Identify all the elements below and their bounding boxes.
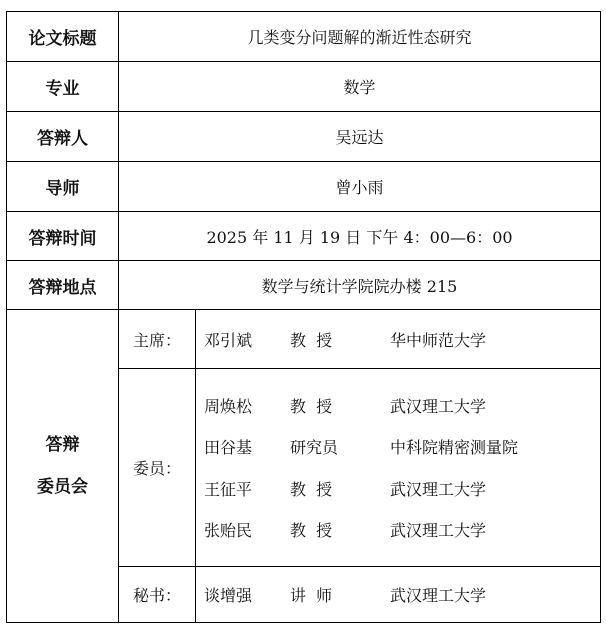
members-role: 委员： <box>119 369 196 566</box>
defense-info-table: 论文标题 几类变分问题解的渐近性态研究 专业 数学 答辩人 吴远达 导师 曾小雨… <box>6 11 601 623</box>
committee-section: 答辩 委员会 主席： 邓引斌 教 授 华中师范大学 委员： 周焕松 教 授 武汉… <box>7 310 600 622</box>
member-name: 邓引斌 <box>204 328 290 351</box>
member-row: 王征平 教 授 武汉理工大学 <box>204 468 600 510</box>
member-title: 教 授 <box>290 328 390 351</box>
chair-role: 主席： <box>119 310 196 368</box>
row-candidate: 答辩人 吴远达 <box>7 112 600 162</box>
member-row: 邓引斌 教 授 华中师范大学 <box>204 318 600 360</box>
committee-chair-row: 主席： 邓引斌 教 授 华中师范大学 <box>119 310 600 369</box>
member-name: 田谷基 <box>204 435 290 458</box>
row-defense-time: 答辩时间 2025 年 11 月 19 日 下午 4：00—6：00 <box>7 212 600 261</box>
row-major: 专业 数学 <box>7 62 600 112</box>
member-row: 谈增强 讲 师 武汉理工大学 <box>204 574 600 616</box>
secretary-members: 谈增强 讲 师 武汉理工大学 <box>196 567 600 622</box>
candidate-value: 吴远达 <box>119 112 600 161</box>
member-org: 武汉理工大学 <box>390 583 486 606</box>
defense-time-value: 2025 年 11 月 19 日 下午 4：00—6：00 <box>119 212 600 260</box>
member-title: 讲 师 <box>290 583 390 606</box>
member-org: 华中师范大学 <box>390 328 486 351</box>
committee-members-row: 委员： 周焕松 教 授 武汉理工大学 田谷基 研究员 中科院精密测量院 王征平 … <box>119 369 600 567</box>
member-title: 研究员 <box>290 435 390 458</box>
chair-members: 邓引斌 教 授 华中师范大学 <box>196 310 600 368</box>
member-title: 教 授 <box>290 477 390 500</box>
row-advisor: 导师 曾小雨 <box>7 162 600 212</box>
member-org: 武汉理工大学 <box>390 518 486 541</box>
committee-label-line1: 答辩 <box>46 424 80 466</box>
major-value: 数学 <box>119 62 600 111</box>
member-name: 谈增强 <box>204 583 290 606</box>
advisor-value: 曾小雨 <box>119 162 600 211</box>
defense-location-value: 数学与统计学院院办楼 215 <box>119 261 600 309</box>
major-label: 专业 <box>7 62 119 111</box>
defense-time-label: 答辩时间 <box>7 212 119 260</box>
member-title: 教 授 <box>290 394 390 417</box>
committee-secretary-row: 秘书： 谈增强 讲 师 武汉理工大学 <box>119 567 600 622</box>
candidate-label: 答辩人 <box>7 112 119 161</box>
member-org: 中科院精密测量院 <box>390 435 518 458</box>
advisor-label: 导师 <box>7 162 119 211</box>
member-name: 周焕松 <box>204 394 290 417</box>
thesis-title-label: 论文标题 <box>7 12 119 61</box>
row-defense-location: 答辩地点 数学与统计学院院办楼 215 <box>7 261 600 310</box>
member-org: 武汉理工大学 <box>390 394 486 417</box>
member-name: 张贻民 <box>204 518 290 541</box>
member-title: 教 授 <box>290 518 390 541</box>
member-row: 周焕松 教 授 武汉理工大学 <box>204 385 600 427</box>
secretary-role: 秘书： <box>119 567 196 622</box>
committee-members: 周焕松 教 授 武汉理工大学 田谷基 研究员 中科院精密测量院 王征平 教 授 … <box>196 369 600 566</box>
committee-label-line2: 委员会 <box>37 466 88 508</box>
row-thesis-title: 论文标题 几类变分问题解的渐近性态研究 <box>7 12 600 62</box>
member-org: 武汉理工大学 <box>390 477 486 500</box>
committee-label: 答辩 委员会 <box>7 310 119 622</box>
defense-location-label: 答辩地点 <box>7 261 119 309</box>
member-name: 王征平 <box>204 477 290 500</box>
member-row: 张贻民 教 授 武汉理工大学 <box>204 509 600 551</box>
thesis-title-value: 几类变分问题解的渐近性态研究 <box>119 12 600 61</box>
member-row: 田谷基 研究员 中科院精密测量院 <box>204 426 600 468</box>
